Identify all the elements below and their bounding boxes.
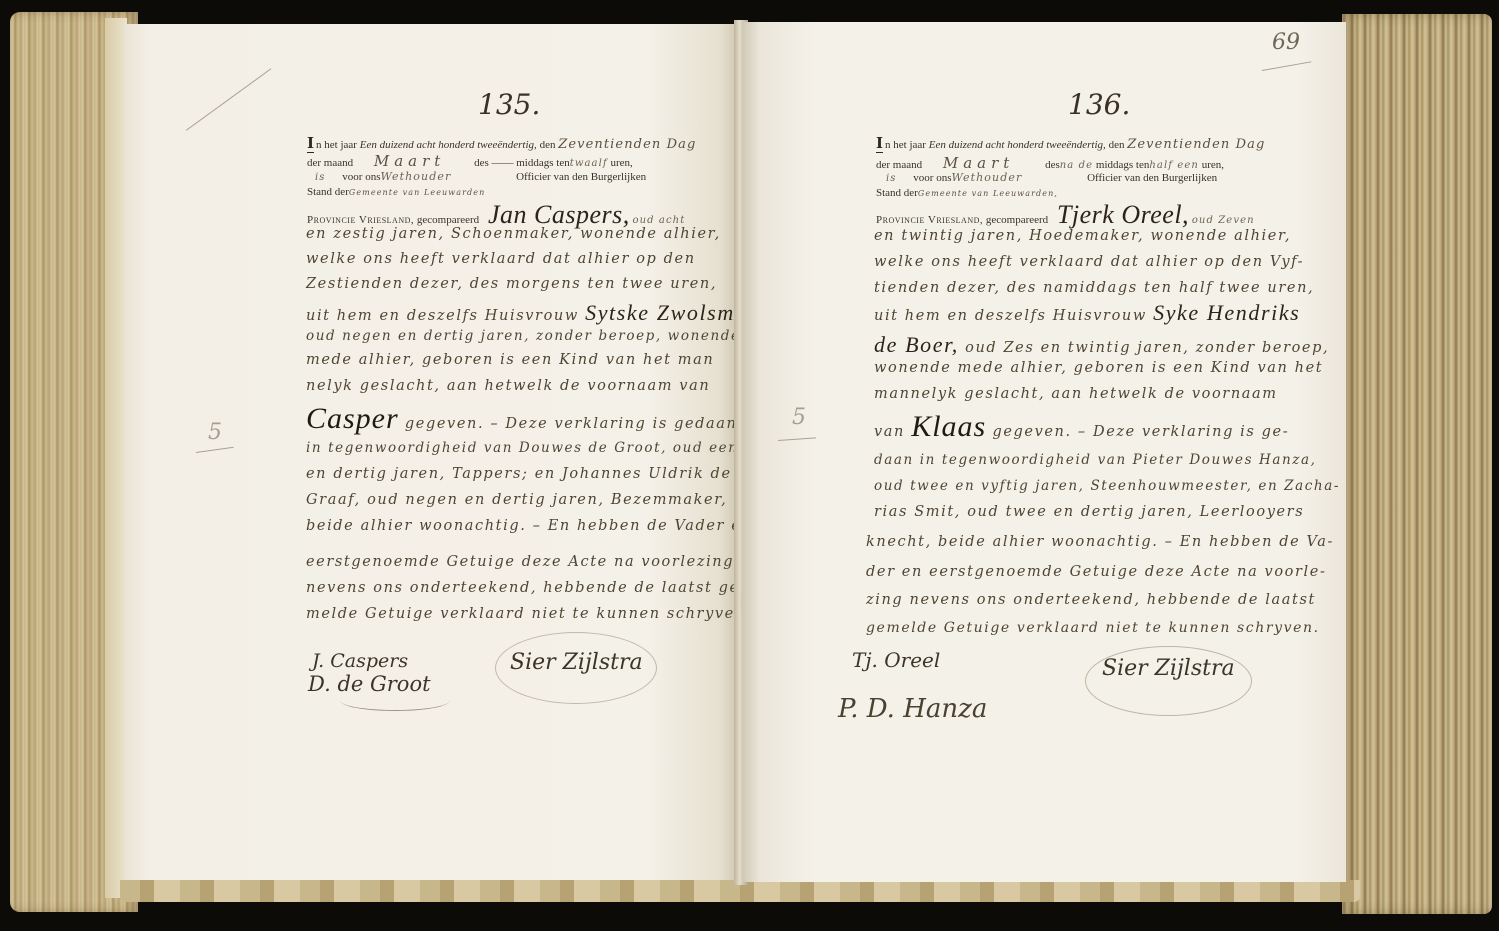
printed-text: gecompareerd	[417, 214, 479, 226]
child-name: Casper	[306, 402, 399, 435]
handwritten-month: Maart	[374, 152, 445, 170]
printed-text: voor ons	[342, 171, 380, 183]
signature-father-135: J. Caspers	[312, 650, 408, 672]
entry-135-line-2: der maand Maart des —— middags tentwaalf…	[307, 152, 633, 170]
handwritten-text: gegeven. – Deze verklaring is gedaan	[405, 416, 738, 432]
mother-name: Syke Hendriks	[1153, 300, 1300, 325]
printed-year: Een duizend acht honderd tweeëndertig,	[929, 139, 1106, 151]
entry-136-body-4: uit hem en deszelfs Huisvrouw Syke Hendr…	[874, 300, 1300, 326]
printed-text: voor ons	[913, 172, 951, 184]
officer-flourish	[1085, 646, 1252, 716]
handwritten-text: oud Zes en twintig jaren, zonder beroep,	[965, 340, 1329, 356]
printed-text: Officier van den Burgerlijken	[1087, 172, 1217, 184]
handwritten-text: uit hem en deszelfs Huisvrouw	[306, 308, 579, 324]
entry-136-body-15: gemelde Getuige verklaard niet te kunnen…	[866, 620, 1320, 636]
handwritten-municipality: Gemeente van Leeuwarden	[349, 188, 486, 197]
father-name: Tjerk Oreel,	[1057, 200, 1189, 229]
right-margin-note: 5	[792, 405, 806, 430]
father-name: Jan Caspers,	[488, 200, 630, 229]
entry-135-body-6: mede alhier, geboren is een Kind van het…	[306, 352, 714, 368]
entry-135-body-4: uit hem en deszelfs Huisvrouw Sytske Zwo…	[306, 300, 760, 326]
printed-text: n het jaar	[316, 139, 357, 151]
printed-text: middags ten	[516, 157, 569, 169]
right-page-edges	[1342, 14, 1492, 914]
entry-135-body-8: Casper gegeven. – Deze verklaring is ged…	[306, 402, 738, 436]
handwritten-day: Zeventienden Dag	[558, 137, 696, 152]
entry-136-body-8: van Klaas gegeven. – Deze verklaring is …	[874, 410, 1289, 444]
entry-136-body-6: wonende mede alhier, geboren is een Kind…	[874, 360, 1323, 376]
entry-136-body-13: der en eerstgenoemde Getuige deze Acte n…	[866, 564, 1326, 580]
entry-135-line-3: is voor onsWethouder Officier van den Bu…	[315, 170, 646, 183]
entry-135-body-3: Zestienden dezer, des morgens ten twee u…	[306, 276, 717, 292]
entry-number-136: 136.	[1068, 88, 1130, 121]
entry-136-body-7: mannelyk geslacht, aan hetwelk de voorna…	[874, 386, 1278, 402]
printed-text: der maand	[876, 159, 922, 171]
entry-135-body-5: oud negen en dertig jaren, zonder beroep…	[306, 328, 741, 344]
printed-province: Provincie Vriesland,	[876, 214, 983, 226]
printed-text: des	[1045, 159, 1060, 171]
entry-136-line-1: In het jaar Een duizend acht honderd twe…	[876, 134, 1265, 152]
handwritten-text: oud Zeven	[1192, 215, 1255, 226]
mother-surname: de Boer,	[874, 332, 959, 357]
handwritten-text: uit hem en deszelfs Huisvrouw	[874, 308, 1147, 324]
handwritten-title: Wethouder	[951, 171, 1022, 184]
entry-135-line-4: Stand derGemeente van Leeuwarden	[307, 186, 485, 198]
entry-136-body-1: en twintig jaren, Hoedemaker, wonende al…	[874, 228, 1291, 244]
entry-135-body-10: en dertig jaren, Tappers; en Johannes Ul…	[306, 466, 732, 482]
entry-136-body-11: rias Smit, oud twee en dertig jaren, Lee…	[874, 504, 1304, 520]
entry-135-body-11: Graaf, oud negen en dertig jaren, Bezemm…	[306, 492, 727, 508]
handwritten-text: van	[874, 424, 905, 440]
printed-text: uren,	[610, 157, 632, 169]
printed-dash: ——	[492, 157, 514, 169]
entry-135-body-7: nelyk geslacht, aan hetwelk de voornaam …	[306, 378, 710, 394]
entry-135-body-2: welke ons heeft verklaard dat alhier op …	[306, 251, 696, 267]
printed-text: n het jaar	[885, 139, 926, 151]
handwritten-municipality: Gemeente van Leeuwarden,	[918, 189, 1058, 198]
handwritten-text: oud acht	[632, 215, 685, 226]
printed-province: Provincie Vriesland,	[307, 214, 414, 226]
entry-135-body-1: en zestig jaren, Schoenmaker, wonende al…	[306, 226, 721, 242]
entry-135-body-13: eerstgenoemde Getuige deze Acte na voorl…	[306, 554, 734, 570]
entry-136-body-9: daan in tegenwoordigheid van Pieter Douw…	[874, 452, 1317, 468]
entry-136-body-3: tienden dezer, des namiddags ten half tw…	[874, 280, 1314, 296]
printed-text: Officier van den Burgerlijken	[516, 171, 646, 183]
printed-text: Stand der	[876, 187, 918, 199]
printed-text: gecompareerd	[986, 214, 1048, 226]
handwritten-time: twaalf	[570, 158, 608, 169]
signature-father-136: Tj. Oreel	[852, 648, 940, 672]
entry-135-line-1: In het jaar Een duizend acht honderd twe…	[307, 134, 696, 152]
entry-136-body-14: zing nevens ons onderteekend, hebbende d…	[866, 592, 1316, 608]
printed-text: den	[540, 139, 556, 151]
handwritten-text: is	[315, 172, 326, 183]
entry-136-body-12: knecht, beide alhier woonachtig. – En he…	[866, 534, 1334, 550]
printed-text: des	[474, 157, 489, 169]
signature-witness-136: P. D. Hanza	[838, 694, 987, 724]
entry-number-135: 135.	[478, 88, 540, 121]
drop-initial: I	[307, 134, 314, 153]
child-name: Klaas	[911, 410, 986, 443]
entry-136-body-5: de Boer, oud Zes en twintig jaren, zonde…	[874, 332, 1329, 358]
printed-year: Een duizend acht honderd tweeëndertig,	[360, 139, 537, 151]
handwritten-day: Zeventienden Dag	[1127, 137, 1265, 152]
handwritten-month: Maart	[943, 154, 1014, 172]
open-register-book: 5 135. In het jaar Een duizend acht hond…	[0, 0, 1499, 931]
handwritten-time: half een	[1149, 160, 1199, 171]
entry-135-body-12: beide alhier woonachtig. – En hebben de …	[306, 518, 752, 534]
drop-initial: I	[876, 134, 883, 153]
handwritten-text: na de	[1060, 160, 1093, 171]
entry-135-body-14: nevens ons onderteekend, hebbende de laa…	[306, 580, 746, 596]
printed-text: der maand	[307, 157, 353, 169]
printed-text: uren,	[1202, 159, 1224, 171]
folio-number: 69	[1272, 30, 1300, 55]
printed-text: middags ten	[1096, 159, 1149, 171]
entry-135-body-15: melde Getuige verklaard niet te kunnen s…	[306, 606, 752, 622]
entry-136-line-2: der maand Maart desna de middags tenhalf…	[876, 154, 1224, 172]
entry-135-body-9: in tegenwoordigheid van Douwes de Groot,…	[306, 440, 739, 456]
printed-text: Stand der	[307, 186, 349, 198]
entry-136-line-5: Provincie Vriesland, gecompareerd Tjerk …	[876, 200, 1255, 230]
officer-flourish	[495, 632, 657, 704]
entry-136-body-10: oud twee en vyftig jaren, Steenhouwmeest…	[874, 478, 1340, 494]
entry-136-line-4: Stand derGemeente van Leeuwarden,	[876, 187, 1058, 199]
signature-flourish	[340, 690, 450, 711]
left-margin-note: 5	[208, 420, 222, 445]
handwritten-title: Wethouder	[380, 170, 451, 183]
printed-text: den	[1109, 139, 1125, 151]
handwritten-text: is	[886, 173, 897, 184]
handwritten-text: gegeven. – Deze verklaring is ge-	[992, 424, 1289, 440]
entry-136-line-3: is voor onsWethouder Officier van den Bu…	[886, 171, 1217, 184]
entry-136-body-2: welke ons heeft verklaard dat alhier op …	[874, 254, 1304, 270]
